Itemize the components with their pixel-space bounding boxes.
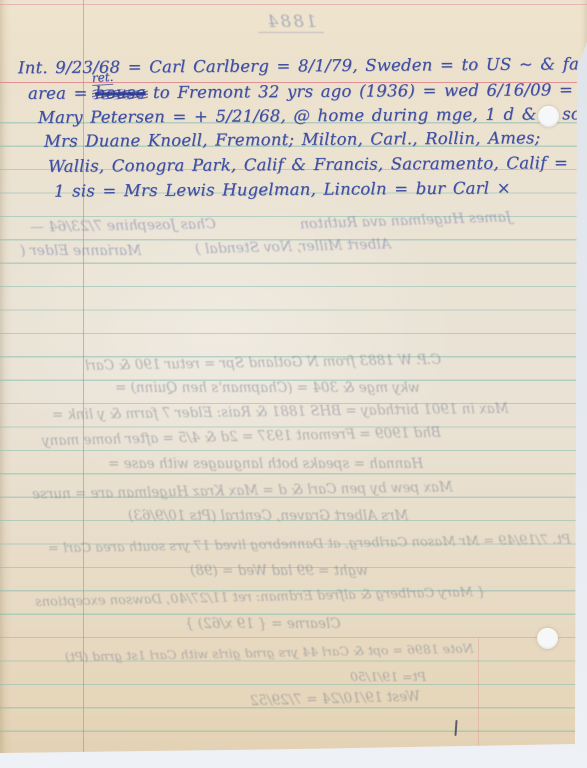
handwriting-line-2: area = houseret. to Fremont 32 yrs ago (… xyxy=(28,80,573,103)
top-edge-rule xyxy=(0,4,587,5)
bleedthrough-line: Clearne = { 19 x/62) } xyxy=(185,616,341,632)
hole-punch-top xyxy=(538,106,559,127)
bleedthrough-line: Pt= 19/1/50 xyxy=(350,669,426,684)
inserted-word: ret. xyxy=(91,70,113,86)
hole-punch-bottom xyxy=(537,628,558,649)
notebook-page: 1884 Int. 9/23/68 = Carl Carlberg = 8/1/… xyxy=(0,0,587,768)
bleedthrough-margin-line xyxy=(478,638,479,750)
bleedthrough-line: Marianne Elder ( xyxy=(20,243,142,259)
handwriting-line-4: Mrs Duane Knoell, Fremont; Milton, Carl.… xyxy=(44,128,541,150)
bleedthrough-line: Mrs Albert Graven, Central (Pts 10/9/63) xyxy=(128,508,408,524)
handwriting-line-3: Mary Petersen = + 5/21/68, @ home during… xyxy=(38,104,587,127)
handwriting-line-6: 1 sis = Mrs Lewis Hugelman, Lincoln = bu… xyxy=(54,178,511,200)
bleedthrough-year: 1884 xyxy=(258,12,324,33)
scanned-document: 1884 Int. 9/23/68 = Carl Carlberg = 8/1/… xyxy=(0,0,587,768)
bleedthrough-line: wght = 99 lad Wed = (98) xyxy=(190,563,368,579)
bleedthrough-line: wky mge & 304 = (Chapman's hen Quinn) = xyxy=(115,380,420,396)
scribbled-word: house xyxy=(95,83,146,102)
bleedthrough-line: Hannah = speaks both languages with ease… xyxy=(108,456,423,472)
handwriting-line-5: Wallis, Conogra Park, Calif & Francis, S… xyxy=(48,153,568,176)
line2-suffix: to Fremont 32 yrs ago (1936) = wed 6/16/… xyxy=(145,80,573,102)
line2-prefix: area = xyxy=(28,83,95,102)
bleedthrough-line: Chas Josephine 7/23/64 — xyxy=(30,216,216,235)
